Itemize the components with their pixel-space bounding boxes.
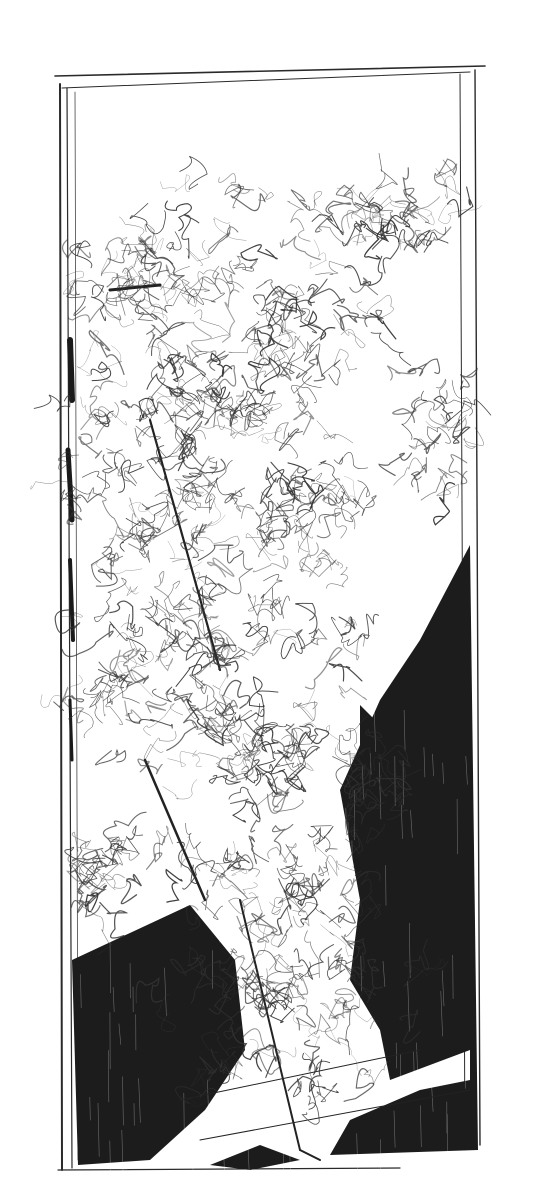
- ink-sketch: [0, 0, 546, 1200]
